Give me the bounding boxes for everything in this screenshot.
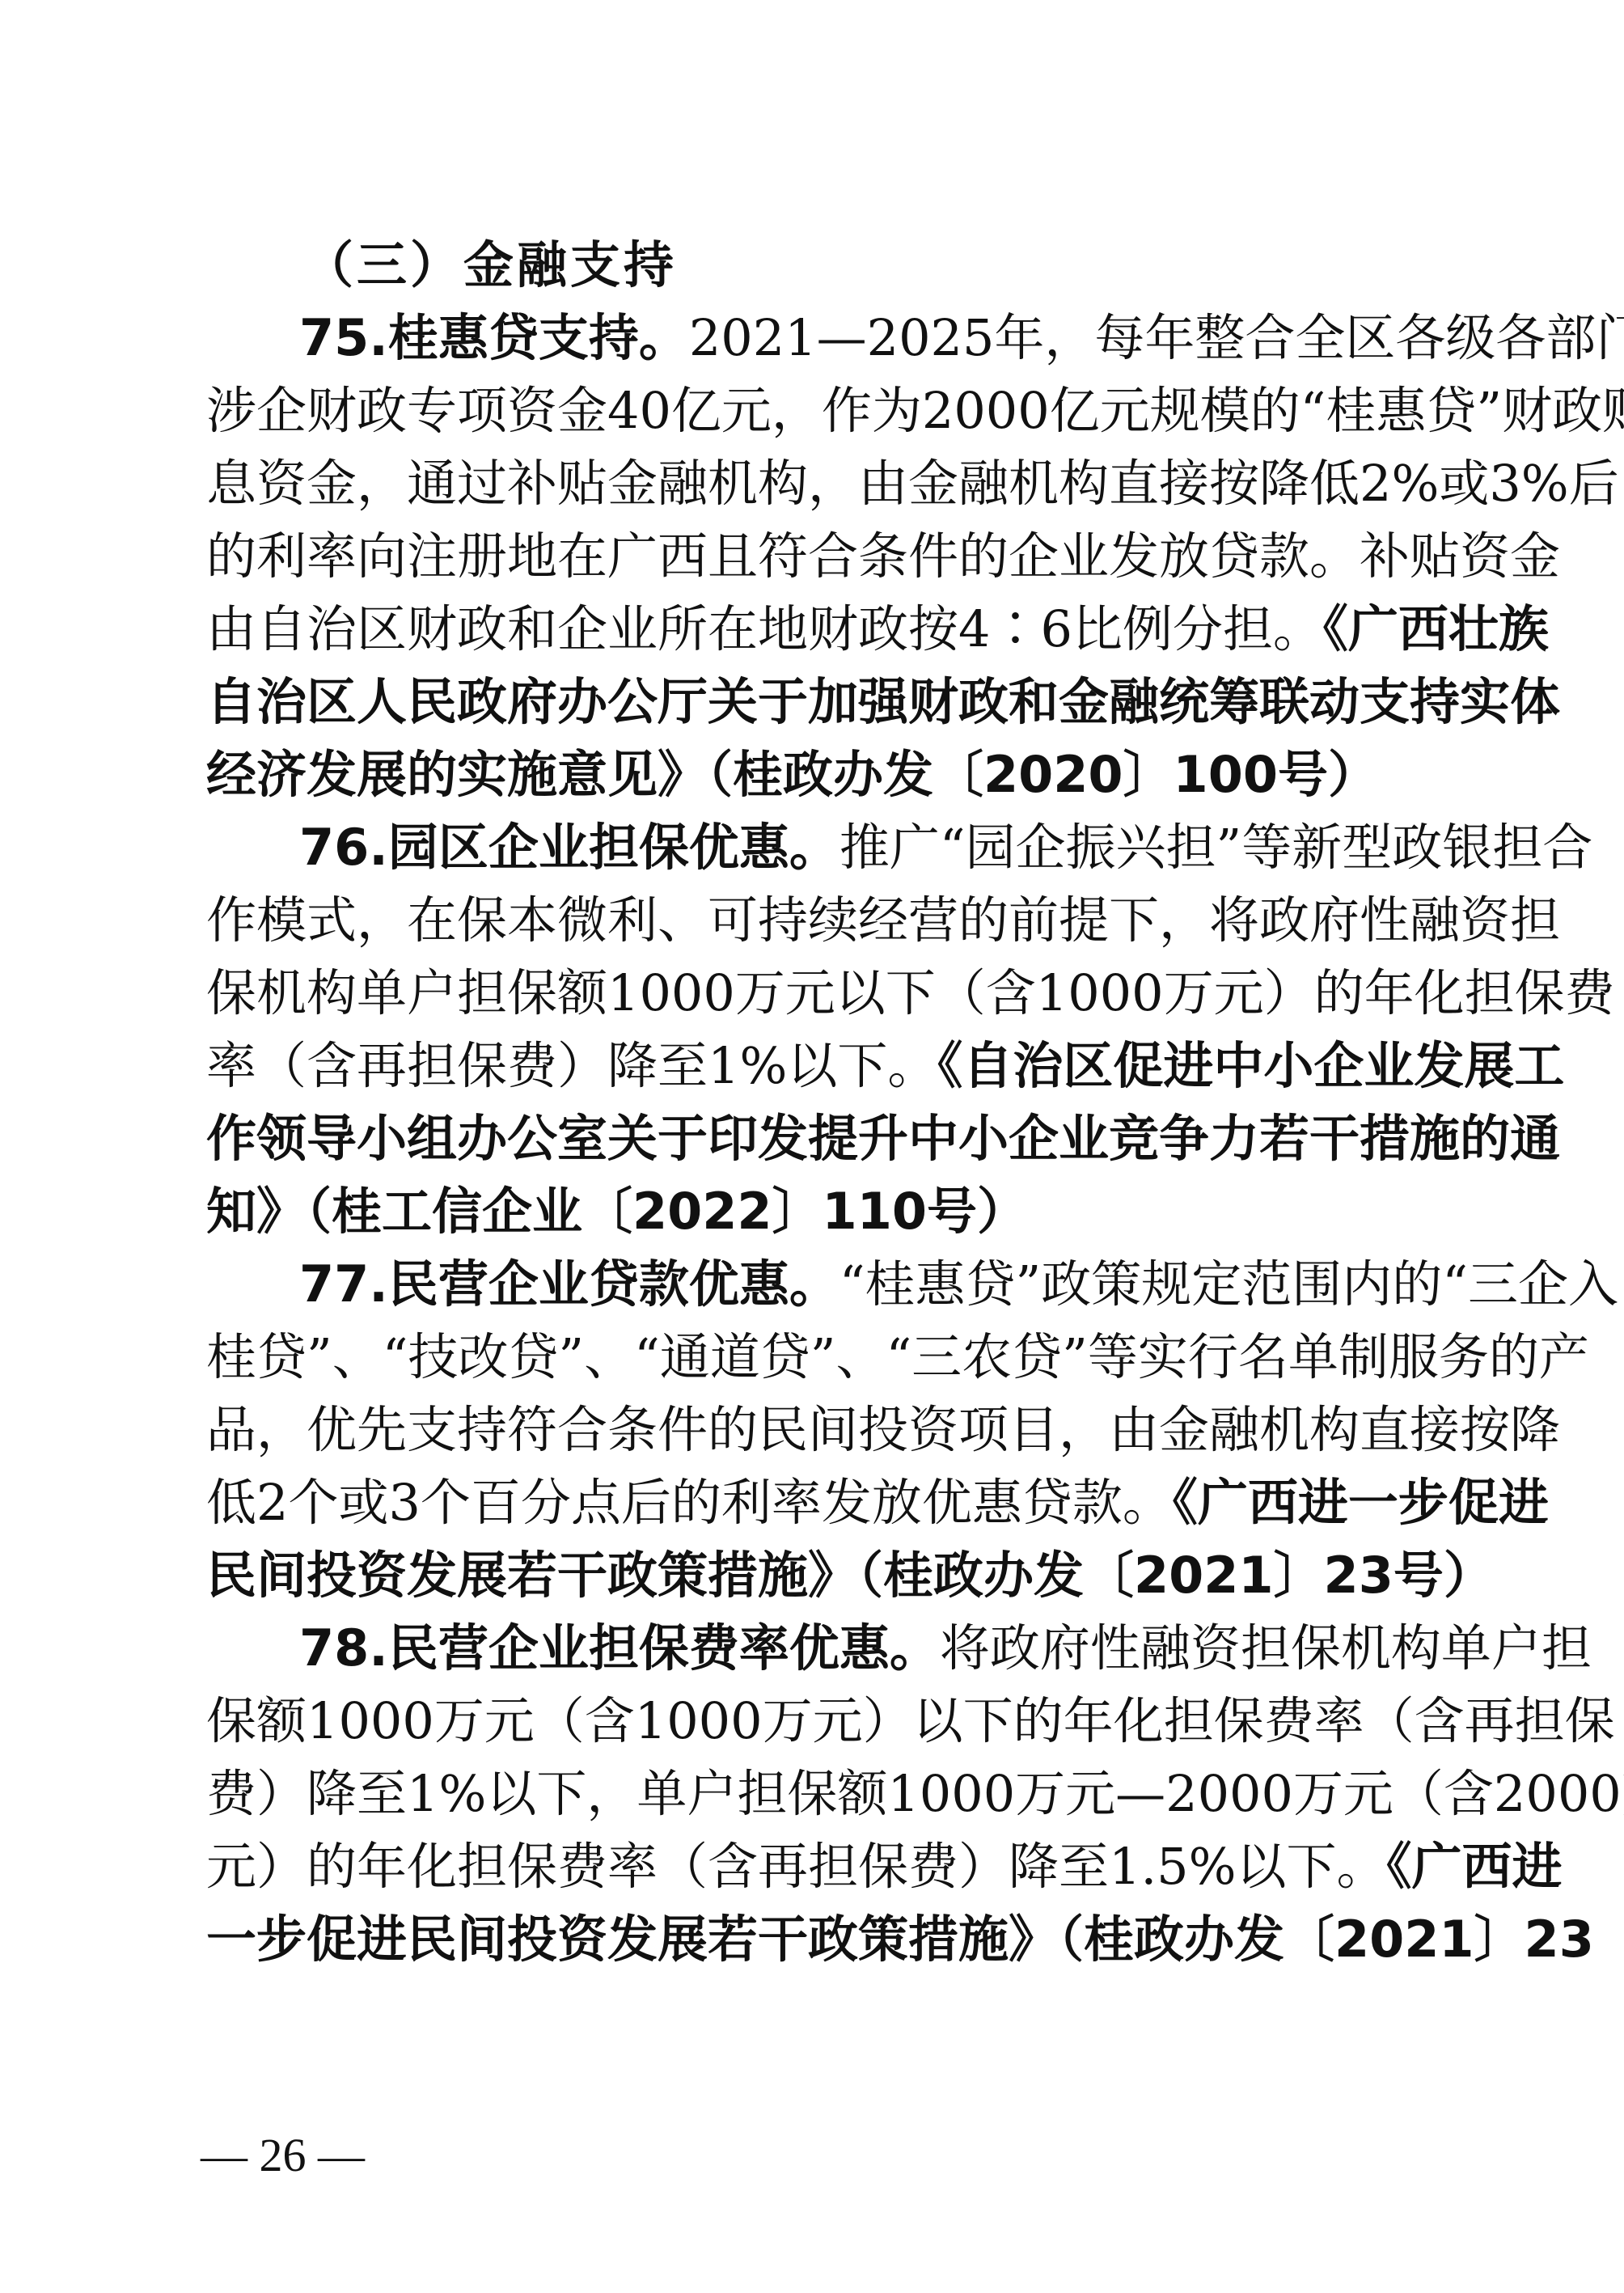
item-number: 78. (299, 1618, 388, 1677)
item-75-line-5: 由自治区财政和企业所在地财政按4∶6比例分担。《广西壮族 (206, 593, 1427, 666)
item-77-line-2: 桂贷”、“技改贷”、“通道贷”、“三农贷”等实行名单制服务的产 (206, 1321, 1427, 1394)
item-75-line-1: 75.桂惠贷支持。2021—2025年，每年整合全区各级各部门 (299, 302, 1427, 374)
item-76-line-4: 率（含再担保费）降至1%以下。《自治区促进中小企业发展工 (206, 1030, 1427, 1102)
item-75-ref-line-2: 自治区人民政府办公厅关于加强财政和金融统筹联动支持实体 (206, 666, 1427, 738)
item-76-ref-line-2: 作领导小组办公室关于印发提升中小企业竞争力若干措施的通 (206, 1102, 1427, 1175)
item-77-line-1: 77.民营企业贷款优惠。“桂惠贷”政策规定范围内的“三企入 (299, 1248, 1427, 1321)
item-78-line-2: 保额1000万元（含1000万元）以下的年化担保费率（含再担保 (206, 1685, 1427, 1758)
item-78-line-3: 费）降至1%以下，单户担保额1000万元—2000万元（含2000万 (206, 1758, 1427, 1830)
item-77-line-4: 低2个或3个百分点后的利率发放优惠贷款。《广西进一步促进 (206, 1466, 1427, 1539)
policy-reference: 《广西壮族 (1323, 599, 1549, 658)
item-title: 桂惠贷支持。 (388, 308, 689, 367)
item-77-ref-line-2: 民间投资发展若干政策措施》（桂政办发〔2021〕23号） (206, 1539, 1427, 1612)
item-title: 民营企业贷款优惠。 (388, 1254, 839, 1314)
policy-reference: 《广西进一步促进 (1173, 1473, 1549, 1532)
item-75-line-2: 涉企财政专项资金40亿元，作为2000亿元规模的“桂惠贷”财政贴 (206, 374, 1427, 447)
item-number: 77. (299, 1254, 388, 1314)
item-75-line-3: 息资金，通过补贴金融机构，由金融机构直接按降低2%或3%后 (206, 447, 1427, 520)
item-78-ref-line-2: 一步促进民间投资发展若干政策措施》（桂政办发〔2021〕23 (206, 1903, 1427, 1976)
item-76-line-3: 保机构单户担保额1000万元以下（含1000万元）的年化担保费 (206, 957, 1427, 1030)
item-76-line-2: 作模式，在保本微利、可持续经营的前提下，将政府性融资担 (206, 884, 1427, 957)
item-title: 民营企业担保费率优惠。 (388, 1618, 940, 1677)
section-heading: （三）金融支持 (303, 229, 677, 302)
item-77-line-3: 品，优先支持符合条件的民间投资项目，由金融机构直接按降 (206, 1394, 1427, 1466)
policy-reference: 《广西进 (1387, 1837, 1563, 1896)
item-78-line-4: 元）的年化担保费率（含再担保费）降至1.5%以下。《广西进 (206, 1830, 1427, 1903)
item-title: 园区企业担保优惠。 (388, 818, 839, 877)
page-number: — 26 — (201, 2123, 365, 2188)
policy-reference: 《自治区促进中小企业发展工 (937, 1036, 1564, 1095)
item-75-ref-line-3: 经济发展的实施意见》（桂政办发〔2020〕100号） (206, 738, 1427, 811)
document-page: （三）金融支持 75.桂惠贷支持。2021—2025年，每年整合全区各级各部门 … (0, 0, 1624, 2293)
item-number: 75. (299, 308, 388, 367)
item-76-ref-line-3: 知》（桂工信企业〔2022〕110号） (206, 1175, 1427, 1248)
item-78-line-1: 78.民营企业担保费率优惠。将政府性融资担保机构单户担 (299, 1612, 1427, 1685)
item-number: 76. (299, 818, 388, 877)
item-75-line-4: 的利率向注册地在广西且符合条件的企业发放贷款。补贴资金 (206, 520, 1427, 593)
item-76-line-1: 76.园区企业担保优惠。推广“园企振兴担”等新型政银担合 (299, 811, 1427, 884)
